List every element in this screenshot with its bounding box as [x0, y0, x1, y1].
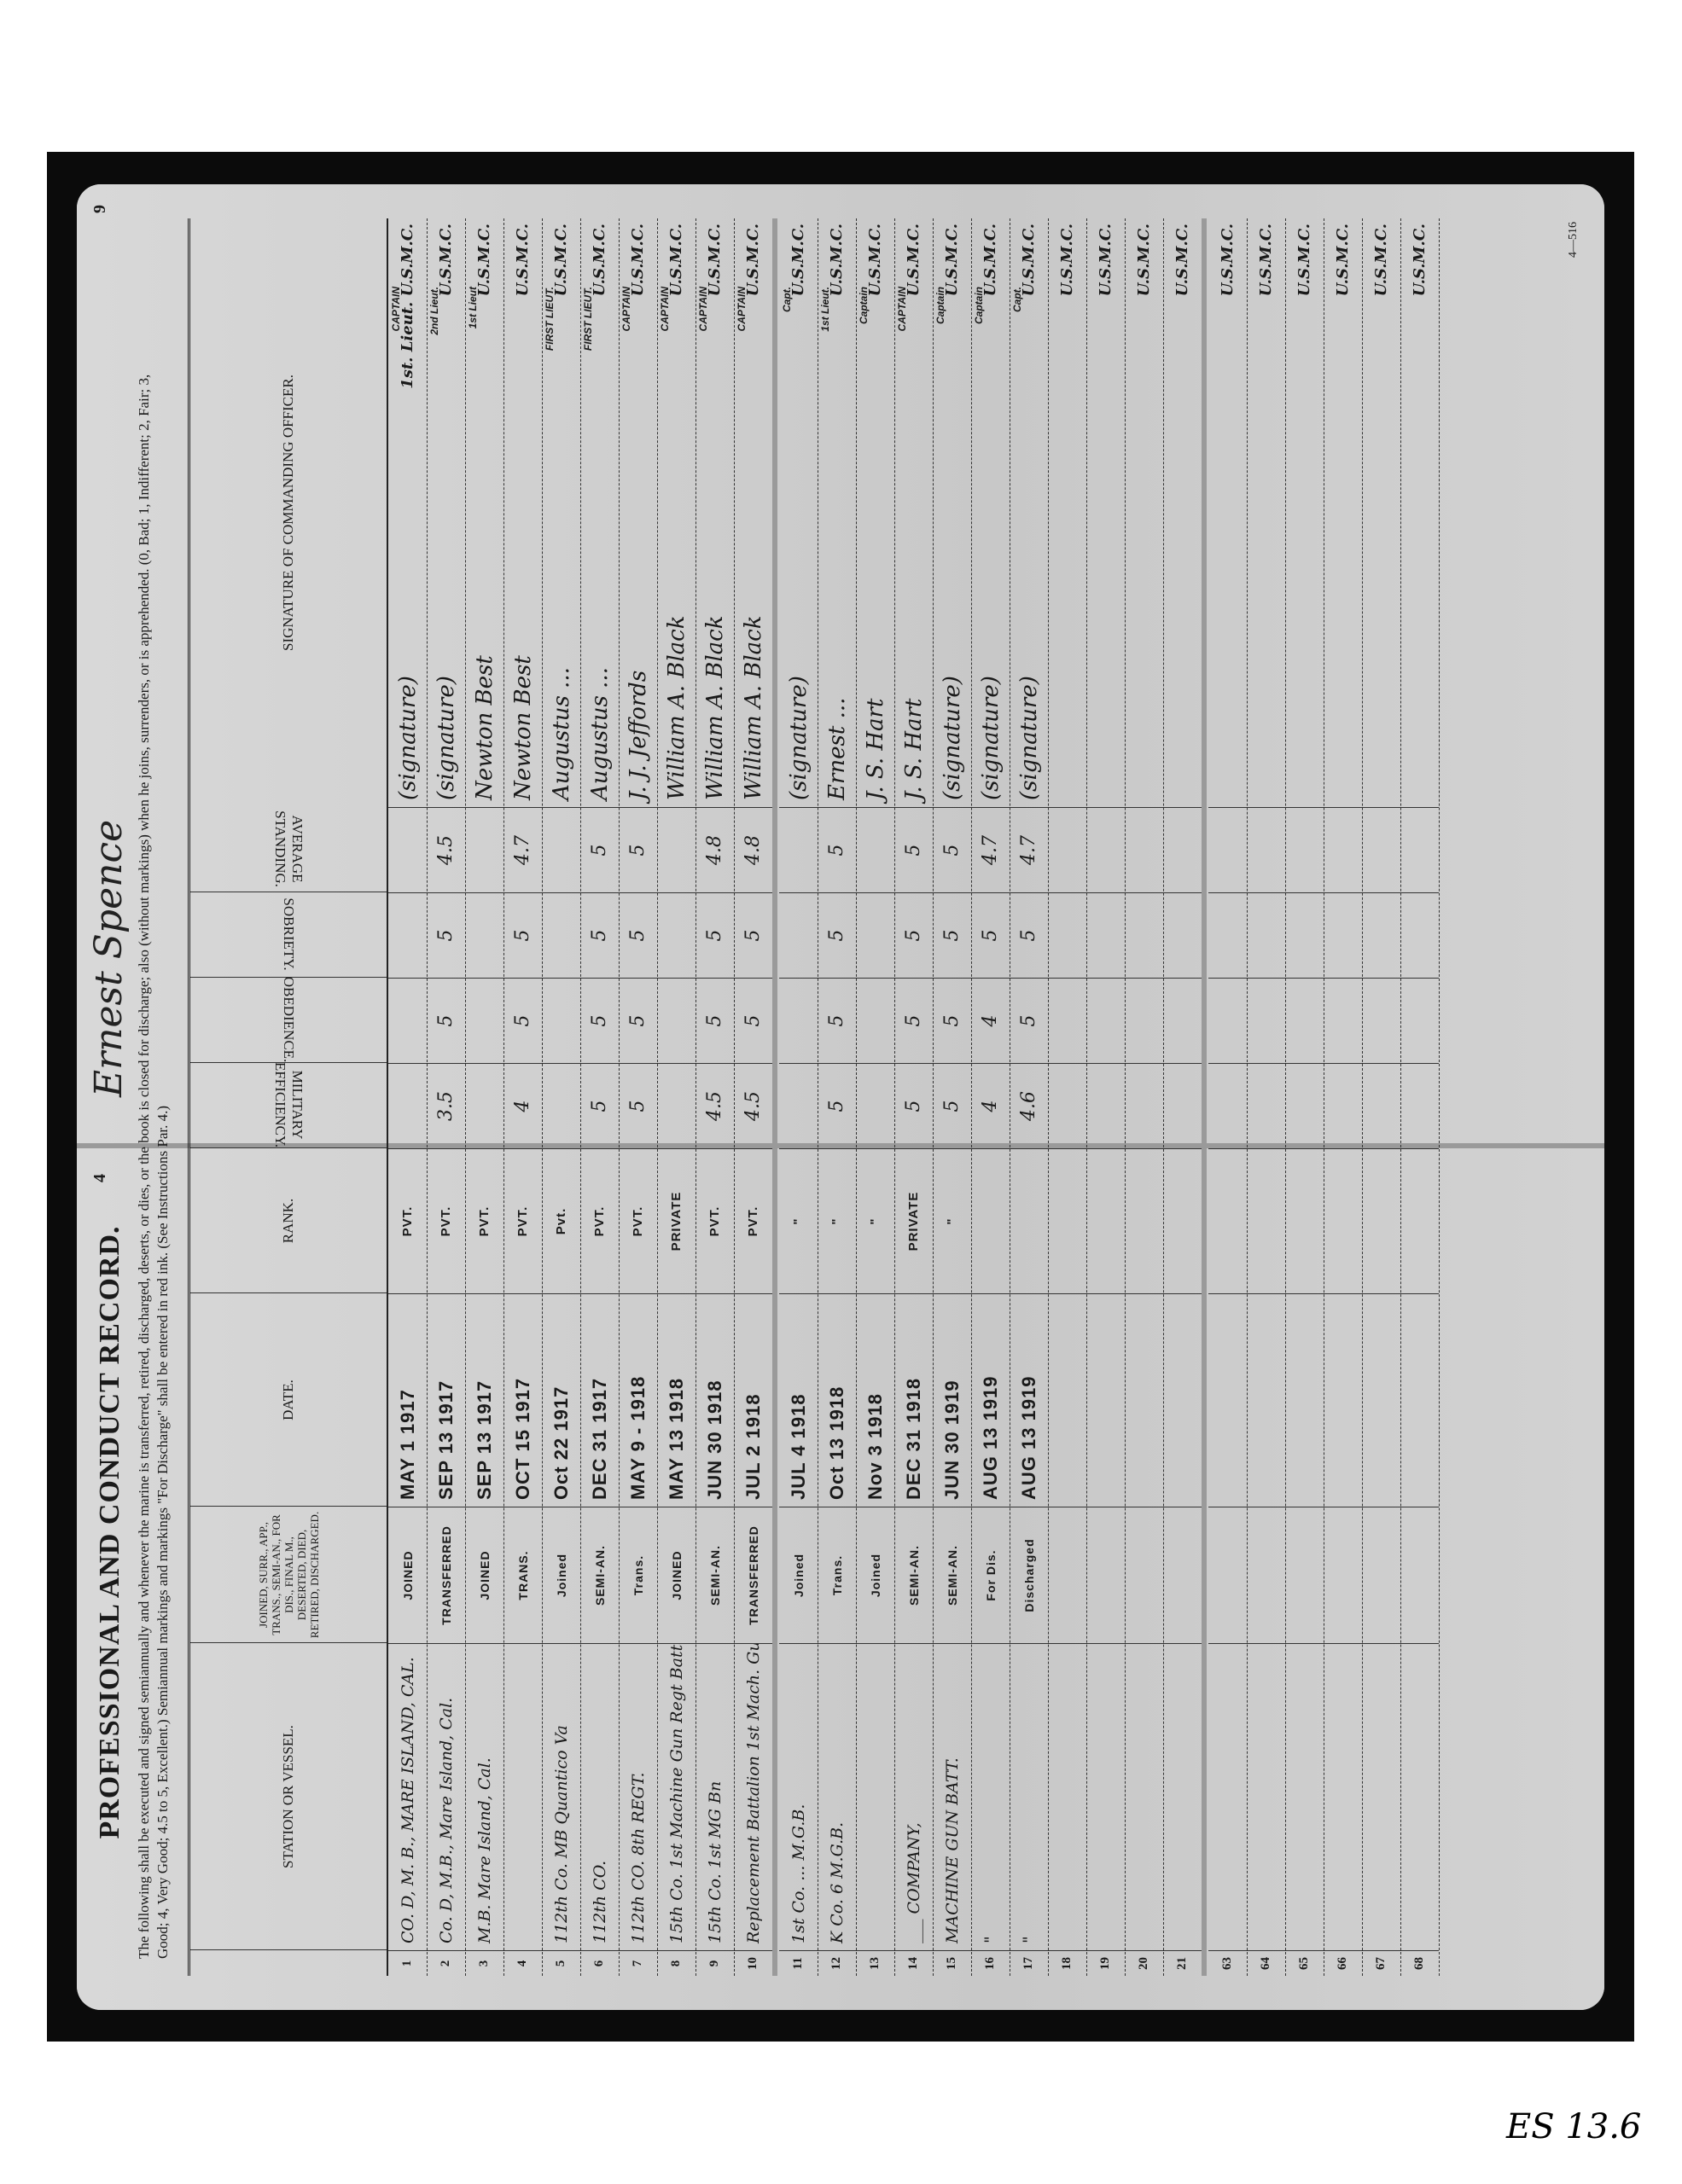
action-cell: SEMI-AN.: [580, 1507, 619, 1643]
table-row: 10 Replacement Battalion 1st Mach. Gun B…: [734, 218, 773, 1976]
station-cell: CO. D, M. B., MARE ISLAND, CAL.: [388, 1643, 427, 1950]
average-standing-cell: [1208, 807, 1247, 892]
rank-cell: PVT.: [427, 1148, 465, 1293]
scan-frame: 4 9 4—516 PROFESSIONAL AND CONDUCT RECOR…: [47, 152, 1634, 2042]
military-efficiency-cell: [1400, 1063, 1439, 1148]
sobriety-cell: [542, 892, 580, 978]
obedience-cell: 4: [971, 978, 1010, 1063]
military-efficiency-cell: [1208, 1063, 1247, 1148]
table-row: 11 1st Co. ... M.G.B. Joined JUL 4 1918 …: [779, 218, 818, 1976]
sobriety-cell: [779, 892, 818, 978]
station-cell: 112th Co. MB Quantico Va: [542, 1643, 580, 1950]
obedience-cell: [1285, 978, 1324, 1063]
military-efficiency-cell: [465, 1063, 503, 1148]
station-cell: 112th CO. 8th REGT.: [619, 1643, 657, 1950]
date-cell: [1324, 1293, 1362, 1507]
signature-cell: U.S.M.C.: [1362, 218, 1400, 807]
date-cell: Oct 22 1917: [542, 1293, 580, 1507]
officer-suffix: U.S.M.C.: [1362, 224, 1400, 296]
header-obedience: OBEDIENCE.: [190, 977, 387, 1063]
signature-cell: (signature) Captain U.S.M.C.: [971, 218, 1010, 807]
average-standing-cell: [856, 807, 894, 892]
average-standing-cell: 4.5: [427, 807, 465, 892]
action-cell: SEMI-AN.: [933, 1507, 971, 1643]
average-standing-cell: [1324, 807, 1362, 892]
date-cell: [1285, 1293, 1324, 1507]
military-efficiency-cell: 4.5: [734, 1063, 772, 1148]
table-row: 19 U.S.M.C.: [1086, 218, 1126, 1976]
rank-cell: [1247, 1148, 1285, 1293]
date-cell: [1086, 1293, 1125, 1507]
station-cell: ": [971, 1643, 1010, 1950]
sobriety-cell: [1285, 892, 1324, 978]
average-standing-cell: 4.7: [503, 807, 542, 892]
officer-signature: (signature): [434, 676, 459, 800]
sobriety-cell: [388, 892, 427, 978]
rank-cell: [1125, 1148, 1163, 1293]
table-row: 13 Joined Nov 3 1918 " J. S. Hart Captai…: [856, 218, 895, 1976]
table-row: 20 U.S.M.C.: [1125, 218, 1164, 1976]
row-number: 2: [427, 1950, 465, 1976]
average-standing-cell: 4.7: [1010, 807, 1048, 892]
table-row: 67 U.S.M.C.: [1362, 218, 1401, 1976]
date-cell: MAY 9 - 1918: [619, 1293, 657, 1507]
officer-signature: Newton Best: [472, 655, 498, 800]
table-row: 15 MACHINE GUN BATT. SEMI-AN. JUN 30 191…: [933, 218, 972, 1976]
action-cell: [1125, 1507, 1163, 1643]
table-row: 6 112th CO. SEMI-AN. DEC 31 1917 PVT. 5 …: [580, 218, 620, 1976]
officer-suffix: U.S.M.C.: [619, 224, 657, 296]
sobriety-cell: 5: [1010, 892, 1048, 978]
row-number: 15: [933, 1950, 971, 1976]
average-standing-cell: [779, 807, 818, 892]
table-row: 14 ___ COMPANY, SEMI-AN. DEC 31 1918 PRI…: [894, 218, 934, 1976]
row-number: 65: [1285, 1950, 1324, 1976]
rank-cell: PVT.: [388, 1148, 427, 1293]
officer-suffix: U.S.M.C.: [1010, 224, 1048, 296]
date-cell: JUN 30 1918: [695, 1293, 734, 1507]
action-cell: JOINED: [657, 1507, 695, 1643]
average-standing-cell: 4.7: [971, 807, 1010, 892]
officer-suffix: U.S.M.C.: [1125, 224, 1163, 296]
station-cell: Co. D, M.B., Mare Island, Cal.: [427, 1643, 465, 1950]
obedience-cell: 5: [894, 978, 933, 1063]
station-cell: ": [1010, 1643, 1048, 1950]
table-row: 17 " Discharged AUG 13 1919 4.6 5 5 4.7 …: [1010, 218, 1049, 1976]
average-standing-cell: 5: [894, 807, 933, 892]
row-number: 3: [465, 1950, 503, 1976]
officer-suffix: U.S.M.C.: [1247, 224, 1285, 296]
officer-suffix: U.S.M.C.: [695, 224, 734, 296]
military-efficiency-cell: 5: [933, 1063, 971, 1148]
military-efficiency-cell: [1362, 1063, 1400, 1148]
obedience-cell: [1362, 978, 1400, 1063]
row-number: 63: [1208, 1950, 1247, 1976]
signature-cell: Augustus ... FIRST LIEUT. U.S.M.C.: [542, 218, 580, 807]
sobriety-cell: [856, 892, 894, 978]
record-table: STATION OR VESSEL. JOINED, SURR., APP., …: [188, 218, 1539, 1976]
station-cell: 112th CO.: [580, 1643, 619, 1950]
table-row: 9 15th Co. 1st MG Bn SEMI-AN. JUN 30 191…: [695, 218, 735, 1976]
table-row: 5 112th Co. MB Quantico Va Joined Oct 22…: [542, 218, 581, 1976]
station-cell: [1163, 1643, 1202, 1950]
row-number: 18: [1048, 1950, 1086, 1976]
signature-cell: J. S. Hart CAPTAIN U.S.M.C.: [894, 218, 933, 807]
sobriety-cell: [1362, 892, 1400, 978]
header-action: JOINED, SURR., APP., TRANS., SEMI-AN., F…: [190, 1506, 387, 1643]
station-cell: MACHINE GUN BATT.: [933, 1643, 971, 1950]
sobriety-cell: [1247, 892, 1285, 978]
table-row: 4 TRANS. OCT 15 1917 PVT. 4 5 5 4.7 Newt…: [503, 218, 543, 1976]
date-cell: JUL 4 1918: [779, 1293, 818, 1507]
rank-cell: PVT.: [503, 1148, 542, 1293]
row-number: 68: [1400, 1950, 1439, 1976]
station-cell: [1208, 1643, 1247, 1950]
action-cell: [1247, 1507, 1285, 1643]
military-efficiency-cell: [1247, 1063, 1285, 1148]
signature-cell: (signature) 2nd Lieut. U.S.M.C.: [427, 218, 465, 807]
sobriety-cell: 5: [619, 892, 657, 978]
average-standing-cell: [388, 807, 427, 892]
military-efficiency-cell: [1086, 1063, 1125, 1148]
rank-cell: Pvt.: [542, 1148, 580, 1293]
action-cell: JOINED: [465, 1507, 503, 1643]
record-book-spread: 4 9 4—516 PROFESSIONAL AND CONDUCT RECOR…: [77, 184, 1604, 2010]
date-cell: [1362, 1293, 1400, 1507]
header-sobriety: SOBRIETY.: [190, 892, 387, 978]
obedience-cell: [1324, 978, 1362, 1063]
row-number: 10: [734, 1950, 772, 1976]
rank-cell: PRIVATE: [657, 1148, 695, 1293]
signature-cell: Newton Best U.S.M.C.: [503, 218, 542, 807]
document-title: PROFESSIONAL AND CONDUCT RECORD.: [94, 1106, 126, 1959]
average-standing-cell: 5: [933, 807, 971, 892]
signature-cell: (signature) Captain U.S.M.C.: [933, 218, 971, 807]
average-standing-cell: 4.8: [734, 807, 772, 892]
date-cell: Oct 13 1918: [818, 1293, 856, 1507]
officer-suffix: U.S.M.C.: [1400, 224, 1439, 296]
date-cell: SEP 13 1917: [465, 1293, 503, 1507]
row-number: 7: [619, 1950, 657, 1976]
officer-signature: William A. Black: [664, 615, 690, 800]
action-cell: Trans.: [619, 1507, 657, 1643]
sobriety-cell: [465, 892, 503, 978]
sobriety-cell: [1086, 892, 1125, 978]
station-cell: [1285, 1643, 1324, 1950]
signature-cell: U.S.M.C.: [1086, 218, 1125, 807]
officer-suffix: U.S.M.C.: [1163, 224, 1202, 296]
station-cell: 1st Co. ... M.G.B.: [779, 1643, 818, 1950]
obedience-cell: 5: [503, 978, 542, 1063]
obedience-cell: [1247, 978, 1285, 1063]
average-standing-cell: 5: [580, 807, 619, 892]
station-cell: [1125, 1643, 1163, 1950]
signature-cell: William A. Black CAPTAIN U.S.M.C.: [695, 218, 734, 807]
table-row: 65 U.S.M.C.: [1285, 218, 1324, 1976]
date-cell: DEC 31 1917: [580, 1293, 619, 1507]
rank-cell: [1163, 1148, 1202, 1293]
date-cell: JUL 2 1918: [734, 1293, 772, 1507]
military-efficiency-cell: 5: [619, 1063, 657, 1148]
average-standing-cell: [1247, 807, 1285, 892]
station-cell: K Co. 6 M.G.B.: [818, 1643, 856, 1950]
rank-cell: PVT.: [734, 1148, 772, 1293]
obedience-cell: 5: [933, 978, 971, 1063]
average-standing-cell: 5: [619, 807, 657, 892]
station-cell: [503, 1643, 542, 1950]
station-cell: [1247, 1643, 1285, 1950]
officer-signature: (signature): [940, 676, 965, 800]
sobriety-cell: 5: [427, 892, 465, 978]
obedience-cell: [1208, 978, 1247, 1063]
row-number: 6: [580, 1950, 619, 1976]
signature-cell: William A. Black CAPTAIN U.S.M.C.: [657, 218, 695, 807]
signature-cell: (signature) Capt. U.S.M.C.: [1010, 218, 1048, 807]
station-cell: 15th Co. 1st MG Bn: [695, 1643, 734, 1950]
table-header: STATION OR VESSEL. JOINED, SURR., APP., …: [190, 218, 388, 1976]
officer-signature: J. S. Hart: [863, 698, 888, 799]
signature-cell: U.S.M.C.: [1125, 218, 1163, 807]
sobriety-cell: [1208, 892, 1247, 978]
obedience-cell: [388, 978, 427, 1063]
station-cell: [1324, 1643, 1362, 1950]
officer-suffix: U.S.M.C.: [1086, 224, 1125, 296]
title-block: PROFESSIONAL AND CONDUCT RECORD. Ernest …: [94, 338, 172, 1959]
date-cell: AUG 13 1919: [971, 1293, 1010, 1507]
row-number: 12: [818, 1950, 856, 1976]
station-cell: M.B. Mare Island, Cal.: [465, 1643, 503, 1950]
table-row: 63 U.S.M.C.: [1208, 218, 1248, 1976]
action-cell: [1208, 1507, 1247, 1643]
table-row: 8 15th Co. 1st Machine Gun Regt Battalio…: [657, 218, 696, 1976]
officer-suffix: U.S.M.C.: [542, 224, 580, 296]
obedience-cell: 5: [619, 978, 657, 1063]
officer-suffix: U.S.M.C.: [933, 224, 971, 296]
officer-suffix: U.S.M.C.: [779, 224, 818, 296]
date-cell: SEP 13 1917: [427, 1293, 465, 1507]
officer-suffix: U.S.M.C.: [818, 224, 856, 296]
officer-signature: J. J. Jeffords: [626, 670, 651, 799]
average-standing-cell: [1048, 807, 1086, 892]
rank-cell: [1285, 1148, 1324, 1293]
average-standing-cell: 5: [818, 807, 856, 892]
station-cell: [1362, 1643, 1400, 1950]
table-row: 18 U.S.M.C.: [1048, 218, 1087, 1976]
signature-cell: J. J. Jeffords CAPTAIN U.S.M.C.: [619, 218, 657, 807]
station-cell: Replacement Battalion 1st Mach. Gun Bat.: [734, 1643, 772, 1950]
officer-suffix: U.S.M.C.: [657, 224, 695, 296]
signature-cell: U.S.M.C.: [1208, 218, 1247, 807]
average-standing-cell: [1400, 807, 1439, 892]
signature-cell: (signature) CAPTAIN 1st. Lieut. U.S.M.C.: [388, 218, 427, 807]
military-efficiency-cell: 3.5: [427, 1063, 465, 1148]
row-number: 20: [1125, 1950, 1163, 1976]
action-cell: Discharged: [1010, 1507, 1048, 1643]
row-number: 66: [1324, 1950, 1362, 1976]
instructions-text: The following shall be executed and sign…: [135, 338, 172, 1959]
signature-cell: U.S.M.C.: [1247, 218, 1285, 807]
row-number: 14: [894, 1950, 933, 1976]
signature-cell: J. S. Hart Captain U.S.M.C.: [856, 218, 894, 807]
station-cell: [1086, 1643, 1125, 1950]
officer-suffix: U.S.M.C.: [856, 224, 894, 296]
obedience-cell: [1048, 978, 1086, 1063]
officer-suffix: U.S.M.C.: [894, 224, 933, 296]
row-number: 21: [1163, 1950, 1202, 1976]
date-cell: [1400, 1293, 1439, 1507]
row-number: 4: [503, 1950, 542, 1976]
row-number: 8: [657, 1950, 695, 1976]
sobriety-cell: 5: [818, 892, 856, 978]
header-rank: RANK.: [190, 1147, 387, 1293]
margin-caption: ES 13.6: [1506, 2107, 1641, 2146]
rank-cell: PVT.: [465, 1148, 503, 1293]
obedience-cell: [1163, 978, 1202, 1063]
row-number: 1: [388, 1950, 427, 1976]
page-number: 9: [90, 205, 110, 213]
obedience-cell: [542, 978, 580, 1063]
military-efficiency-cell: 5: [580, 1063, 619, 1148]
rank-cell: PRIVATE: [894, 1148, 933, 1293]
officer-signature: Augustus ...: [587, 667, 613, 800]
header-date: DATE.: [190, 1292, 387, 1507]
officer-signature: (signature): [395, 676, 421, 800]
station-cell: ___ COMPANY,: [894, 1643, 933, 1950]
obedience-cell: [779, 978, 818, 1063]
officer-suffix: U.S.M.C.: [503, 224, 542, 296]
signature-cell: William A. Black CAPTAIN U.S.M.C.: [734, 218, 772, 807]
row-number-header: [190, 1949, 387, 1976]
average-standing-cell: [1163, 807, 1202, 892]
sobriety-cell: [1125, 892, 1163, 978]
sobriety-cell: 5: [894, 892, 933, 978]
officer-suffix: U.S.M.C.: [1285, 224, 1324, 296]
table-row: 66 U.S.M.C.: [1324, 218, 1363, 1976]
military-efficiency-cell: [657, 1063, 695, 1148]
military-efficiency-cell: [1324, 1063, 1362, 1148]
sobriety-cell: 5: [734, 892, 772, 978]
table-row: 16 " For Dis. AUG 13 1919 4 4 5 4.7 (sig…: [971, 218, 1010, 1976]
officer-signature: William A. Black: [741, 615, 766, 800]
sobriety-cell: 5: [503, 892, 542, 978]
rank-cell: ": [779, 1148, 818, 1293]
sobriety-cell: 5: [580, 892, 619, 978]
obedience-cell: 5: [427, 978, 465, 1063]
signature-cell: (signature) Capt. U.S.M.C.: [779, 218, 818, 807]
action-cell: SEMI-AN.: [894, 1507, 933, 1643]
rank-cell: [1208, 1148, 1247, 1293]
sobriety-cell: [1163, 892, 1202, 978]
obedience-cell: 5: [734, 978, 772, 1063]
handwritten-name: Ernest Spence: [87, 819, 131, 1096]
action-cell: JOINED: [388, 1507, 427, 1643]
military-efficiency-cell: 5: [894, 1063, 933, 1148]
military-efficiency-cell: 4.6: [1010, 1063, 1048, 1148]
average-standing-cell: [657, 807, 695, 892]
obedience-cell: [1125, 978, 1163, 1063]
sobriety-cell: [1048, 892, 1086, 978]
signature-cell: Newton Best 1st Lieut U.S.M.C.: [465, 218, 503, 807]
date-cell: DEC 31 1918: [894, 1293, 933, 1507]
table-row: 68 U.S.M.C.: [1400, 218, 1440, 1976]
row-number: 17: [1010, 1950, 1048, 1976]
table-row: 12 K Co. 6 M.G.B. Trans. Oct 13 1918 " 5…: [818, 218, 857, 1976]
military-efficiency-cell: [1125, 1063, 1163, 1148]
action-cell: [1163, 1507, 1202, 1643]
row-number: 64: [1247, 1950, 1285, 1976]
officer-suffix: U.S.M.C.: [734, 224, 772, 296]
military-efficiency-cell: [388, 1063, 427, 1148]
sobriety-cell: [1400, 892, 1439, 978]
signature-cell: Ernest ... 1st Lieut. U.S.M.C.: [818, 218, 856, 807]
rank-cell: [1048, 1148, 1086, 1293]
military-efficiency-cell: 4: [971, 1063, 1010, 1148]
military-efficiency-cell: [1163, 1063, 1202, 1148]
signature-cell: U.S.M.C.: [1048, 218, 1086, 807]
sobriety-cell: [657, 892, 695, 978]
station-cell: 15th Co. 1st Machine Gun Regt Battalion …: [657, 1643, 695, 1950]
date-cell: Nov 3 1918: [856, 1293, 894, 1507]
rank-cell: ": [933, 1148, 971, 1293]
obedience-cell: 5: [818, 978, 856, 1063]
row-number: 19: [1086, 1950, 1125, 1976]
officer-suffix: U.S.M.C.: [971, 224, 1010, 296]
section-divider: [772, 218, 777, 1976]
obedience-cell: [465, 978, 503, 1063]
rank-cell: [1362, 1148, 1400, 1293]
rank-cell: PVT.: [580, 1148, 619, 1293]
station-cell: [1400, 1643, 1439, 1950]
officer-suffix: U.S.M.C.: [580, 224, 619, 296]
rank-cell: ": [818, 1148, 856, 1293]
obedience-cell: 5: [1010, 978, 1048, 1063]
military-efficiency-cell: 4.5: [695, 1063, 734, 1148]
row-number: 16: [971, 1950, 1010, 1976]
date-cell: [1208, 1293, 1247, 1507]
officer-suffix: U.S.M.C.: [1048, 224, 1086, 296]
rank-cell: [971, 1148, 1010, 1293]
military-efficiency-cell: 5: [818, 1063, 856, 1148]
average-standing-cell: [542, 807, 580, 892]
date-cell: MAY 1 1917: [388, 1293, 427, 1507]
signature-cell: U.S.M.C.: [1163, 218, 1202, 807]
average-standing-cell: [1285, 807, 1324, 892]
officer-suffix: U.S.M.C.: [1208, 224, 1247, 296]
row-number: 67: [1362, 1950, 1400, 1976]
officer-signature: Newton Best: [510, 655, 536, 800]
average-standing-cell: [1125, 807, 1163, 892]
military-efficiency-cell: [779, 1063, 818, 1148]
signature-cell: U.S.M.C.: [1324, 218, 1362, 807]
date-cell: [1247, 1293, 1285, 1507]
signature-cell: U.S.M.C.: [1400, 218, 1439, 807]
date-cell: [1163, 1293, 1202, 1507]
action-cell: For Dis.: [971, 1507, 1010, 1643]
action-cell: [1400, 1507, 1439, 1643]
action-cell: [1324, 1507, 1362, 1643]
action-cell: Joined: [542, 1507, 580, 1643]
date-cell: MAY 13 1918: [657, 1293, 695, 1507]
form-code: 4—516: [1567, 222, 1580, 258]
officer-signature: Augustus ...: [549, 667, 574, 800]
obedience-cell: 5: [695, 978, 734, 1063]
rank-cell: PVT.: [619, 1148, 657, 1293]
military-efficiency-cell: [1285, 1063, 1324, 1148]
header-average-standing: AVERAGE STANDING.: [190, 806, 387, 892]
action-cell: TRANSFERRED: [734, 1507, 772, 1643]
average-standing-cell: 4.8: [695, 807, 734, 892]
military-efficiency-cell: [1048, 1063, 1086, 1148]
